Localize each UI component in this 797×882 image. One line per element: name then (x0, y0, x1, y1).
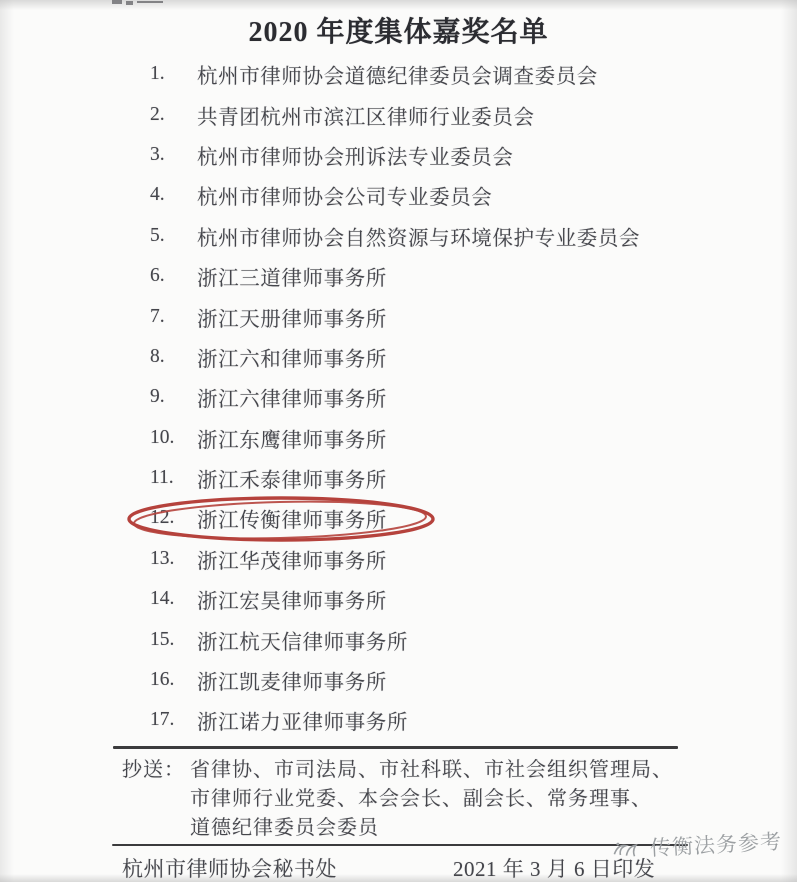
cc-label: 抄送： (122, 756, 190, 843)
item-number: 1. (150, 63, 197, 85)
item-number: 16. (150, 669, 197, 691)
item-name: 浙江杭天信律师事务所 (197, 625, 408, 655)
list-item: 17.浙江诺力亚律师事务所 (150, 700, 757, 740)
list-item: 2.共青团杭州市滨江区律师行业委员会 (150, 94, 757, 134)
watermark-logo-icon (609, 835, 648, 863)
item-number: 13. (150, 548, 197, 570)
divider-top (113, 746, 678, 749)
scan-cutoff-fragment (112, 0, 182, 6)
list-item: 7.浙江天册律师事务所 (150, 296, 757, 336)
item-number: 15. (150, 629, 197, 651)
item-number: 17. (150, 709, 197, 731)
item-name: 浙江六和律师事务所 (197, 342, 387, 372)
page-title: 2020 年度集体嘉奖名单 (0, 10, 797, 50)
cc-line: 省律协、市司法局、市社科联、市社会组织管理局、 (190, 756, 673, 785)
list-item: 5.杭州市律师协会自然资源与环境保护专业委员会 (150, 216, 757, 256)
item-number: 8. (150, 346, 197, 368)
list-item: 3.杭州市律师协会刑诉法专业委员会 (150, 135, 757, 175)
award-list: 1.杭州市律师协会道德纪律委员会调查委员会2.共青团杭州市滨江区律师行业委员会3… (150, 54, 757, 741)
item-name: 浙江传衡律师事务所 (197, 503, 387, 533)
list-item: 14.浙江宏昊律师事务所 (150, 579, 757, 619)
list-item: 10.浙江东鹰律师事务所 (150, 418, 757, 458)
list-item: 8.浙江六和律师事务所 (150, 337, 757, 377)
list-item: 13.浙江华茂律师事务所 (150, 539, 757, 579)
item-name: 杭州市律师协会自然资源与环境保护专业委员会 (197, 221, 640, 251)
scanned-document-page: 2020 年度集体嘉奖名单 1.杭州市律师协会道德纪律委员会调查委员会2.共青团… (0, 0, 797, 882)
item-number: 3. (150, 144, 197, 166)
item-name: 浙江天册律师事务所 (197, 302, 387, 332)
divider-bottom (112, 844, 688, 846)
list-item: 9.浙江六律律师事务所 (150, 377, 757, 417)
item-name: 浙江华茂律师事务所 (197, 544, 387, 574)
item-name: 共青团杭州市滨江区律师行业委员会 (197, 100, 535, 130)
item-name: 浙江宏昊律师事务所 (197, 584, 387, 614)
issuing-office: 杭州市律师协会秘书处 (122, 853, 337, 882)
item-name: 杭州市律师协会公司专业委员会 (197, 180, 492, 210)
item-name: 浙江六律律师事务所 (197, 382, 387, 412)
item-number: 5. (150, 225, 197, 247)
item-number: 10. (150, 427, 197, 449)
list-item: 16.浙江凯麦律师事务所 (150, 660, 757, 700)
cc-line: 道德纪律委员会委员 (190, 814, 673, 843)
list-item: 11.浙江禾泰律师事务所 (150, 458, 757, 498)
item-number: 4. (150, 184, 197, 206)
list-item: 12.浙江传衡律师事务所 (150, 498, 757, 538)
item-name: 杭州市律师协会刑诉法专业委员会 (197, 140, 514, 170)
item-name: 浙江禾泰律师事务所 (197, 463, 387, 493)
item-number: 11. (150, 467, 197, 489)
item-number: 9. (150, 386, 197, 408)
item-name: 杭州市律师协会道德纪律委员会调查委员会 (197, 59, 598, 89)
item-name: 浙江东鹰律师事务所 (197, 423, 387, 453)
list-item: 15.浙江杭天信律师事务所 (150, 619, 757, 659)
cc-block: 抄送： 省律协、市司法局、市社科联、市社会组织管理局、 市律师行业党委、本会会长… (122, 756, 673, 843)
list-item: 6.浙江三道律师事务所 (150, 256, 757, 296)
item-number: 6. (150, 265, 197, 287)
item-number: 12. (150, 507, 197, 529)
list-item: 1.杭州市律师协会道德纪律委员会调查委员会 (150, 54, 757, 94)
item-name: 浙江三道律师事务所 (197, 261, 387, 291)
cc-line: 市律师行业党委、本会会长、副会长、常务理事、 (190, 785, 673, 814)
item-name: 浙江凯麦律师事务所 (197, 665, 387, 695)
list-item: 4.杭州市律师协会公司专业委员会 (150, 175, 757, 215)
item-name: 浙江诺力亚律师事务所 (197, 705, 408, 735)
item-number: 2. (150, 104, 197, 126)
item-number: 14. (150, 588, 197, 610)
item-number: 7. (150, 306, 197, 328)
